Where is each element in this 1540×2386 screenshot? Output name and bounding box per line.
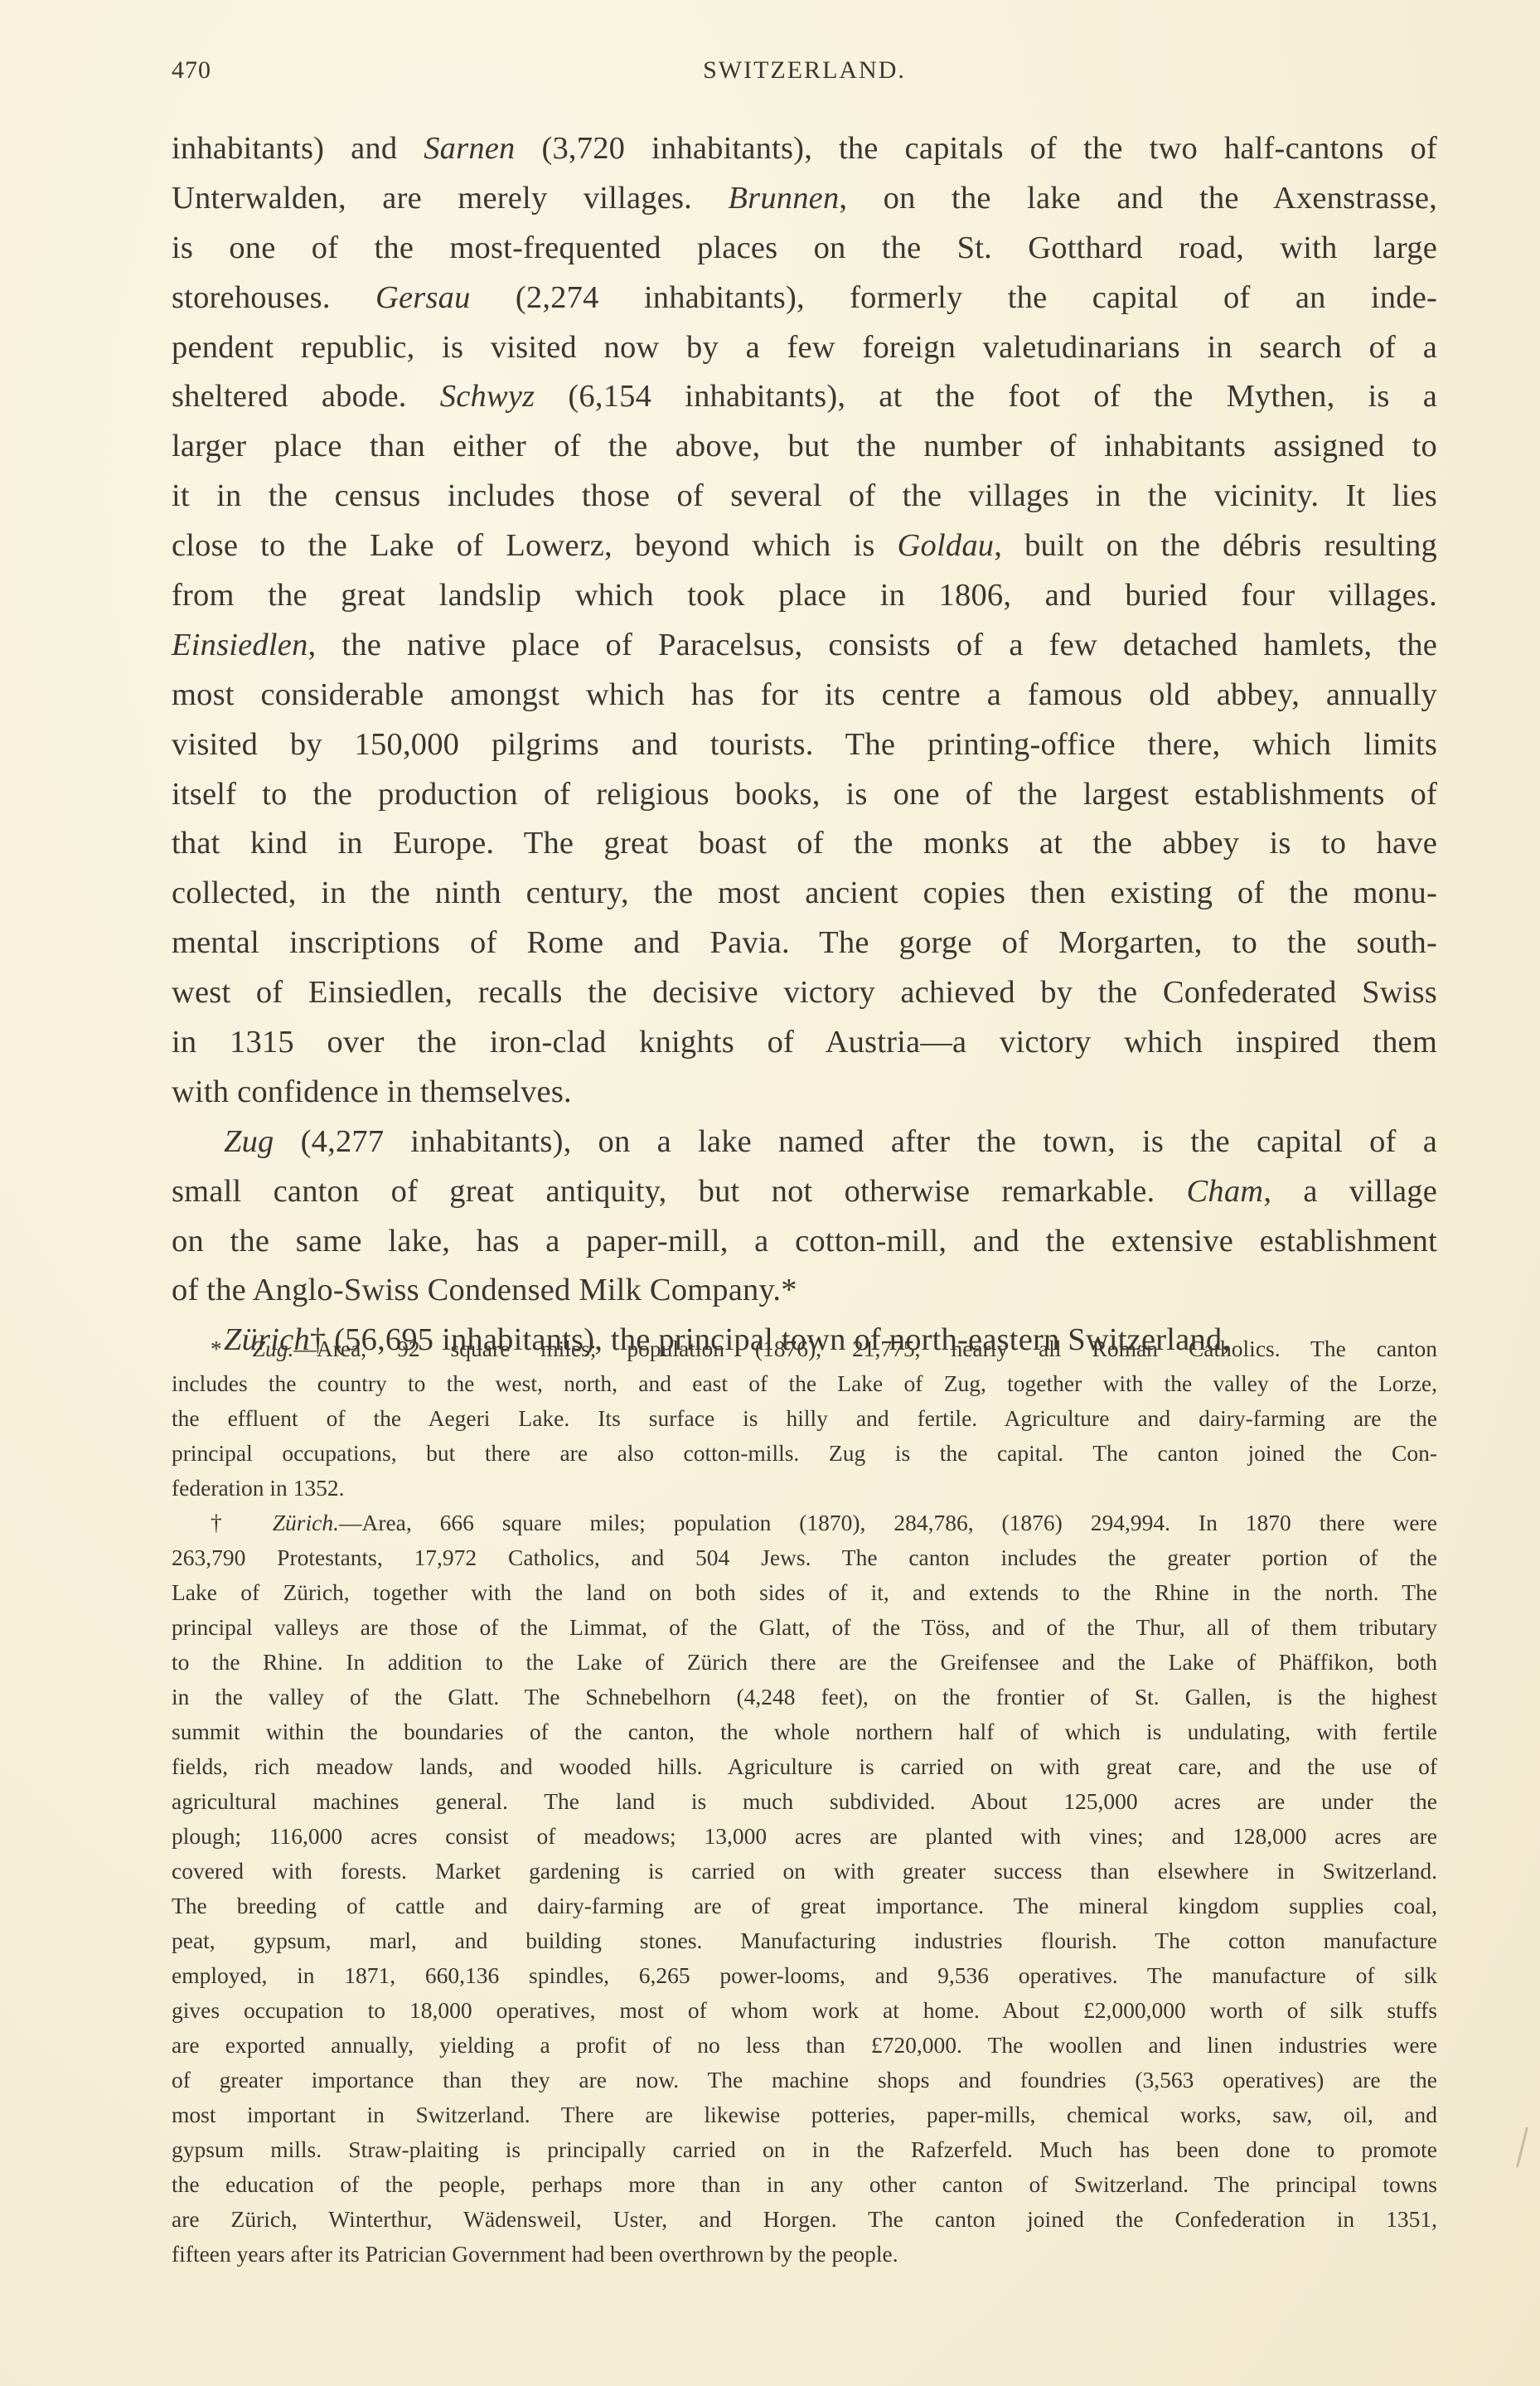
text-run: pendent republic, is visited now by a fe… — [172, 330, 1437, 365]
body-line: from the great landslip which took place… — [172, 571, 1437, 621]
footnote-line: the effluent of the Aegeri Lake. Its sur… — [172, 1401, 1437, 1436]
footnote-line: employed, in 1871, 660,136 spindles, 6,2… — [172, 1958, 1437, 1993]
footnote-line: The breeding of cattle and dairy-farming… — [172, 1889, 1437, 1923]
text-run: most considerable amongst which has for … — [172, 677, 1437, 712]
text-run: fields, rich meadow lands, and wooded hi… — [172, 1753, 1437, 1779]
text-run: sheltered abode. — [172, 379, 440, 414]
footnote-line: federation in 1352. — [172, 1471, 1437, 1506]
body-line: visited by 150,000 pilgrims and tourists… — [172, 720, 1437, 770]
text-run: of greater importance than they are now.… — [172, 2067, 1437, 2093]
footnote-line: in the valley of the Glatt. The Schnebel… — [172, 1680, 1437, 1714]
text-run: inhabitants) and — [172, 131, 424, 166]
text-run: plough; 116,000 acres consist of meadows… — [172, 1823, 1437, 1849]
italic-place-name: Sarnen — [424, 131, 515, 166]
italic-place-name: Einsiedlen — [172, 628, 308, 662]
text-run: Lake of Zürich, together with the land o… — [172, 1579, 1437, 1605]
text-run: † — [211, 1510, 273, 1535]
footnote-line: covered with forests. Market gardening i… — [172, 1854, 1437, 1889]
text-run: covered with forests. Market gardening i… — [172, 1858, 1437, 1884]
italic-place-name: Cham — [1187, 1174, 1264, 1209]
body-line: pendent republic, is visited now by a fe… — [172, 323, 1437, 373]
text-run: larger place than either of the above, b… — [172, 429, 1437, 463]
text-run: , the native place of Paracelsus, consis… — [308, 628, 1437, 662]
body-line: it in the census includes those of sever… — [172, 472, 1437, 521]
text-run: the effluent of the Aegeri Lake. Its sur… — [172, 1405, 1437, 1431]
italic-place-name: Zug — [224, 1124, 274, 1159]
italic-place-name: Goldau — [898, 528, 995, 563]
body-line: storehouses. Gersau (2,274 inhabitants),… — [172, 274, 1437, 323]
text-run: gypsum mills. Straw-plaiting is principa… — [172, 2136, 1437, 2162]
body-line: small canton of great antiquity, but not… — [172, 1167, 1437, 1217]
body-line: Einsiedlen, the native place of Paracels… — [172, 621, 1437, 671]
text-run: (6,154 inhabitants), at the foot of the … — [535, 379, 1437, 414]
footnote-line: are Zürich, Winterthur, Wädensweil, Uste… — [172, 2202, 1437, 2237]
text-run: storehouses. — [172, 280, 375, 315]
text-run: includes the country to the west, north,… — [172, 1370, 1437, 1396]
footnote-line: Lake of Zürich, together with the land o… — [172, 1575, 1437, 1610]
footnote-line: principal valleys are those of the Limma… — [172, 1610, 1437, 1645]
text-run: (2,274 inhabitants), formerly the capita… — [471, 280, 1437, 315]
text-run: summit within the boundaries of the cant… — [172, 1719, 1437, 1744]
italic-place-name: Gersau — [375, 280, 471, 315]
text-run: 263,790 Protestants, 17,972 Catholics, a… — [172, 1545, 1437, 1570]
text-run: of the Anglo-Swiss Condensed Milk Compan… — [172, 1273, 797, 1307]
footnote-line: † Zürich.—Area, 666 square miles; popula… — [172, 1506, 1437, 1540]
text-run: gives occupation to 18,000 operatives, m… — [172, 1997, 1437, 2023]
text-run: —Area, 666 square miles; population (187… — [339, 1510, 1437, 1535]
body-line: that kind in Europe. The great boast of … — [172, 819, 1437, 869]
text-run: peat, gypsum, marl, and building stones.… — [172, 1928, 1437, 1953]
footnote-line: peat, gypsum, marl, and building stones.… — [172, 1923, 1437, 1958]
footnote-line: gypsum mills. Straw-plaiting is principa… — [172, 2132, 1437, 2167]
text-run: The breeding of cattle and dairy-farming… — [172, 1893, 1437, 1918]
footnote-line: fifteen years after its Patrician Govern… — [172, 2237, 1437, 2272]
footnote-line: includes the country to the west, north,… — [172, 1366, 1437, 1401]
text-run: in 1315 over the iron-clad knights of Au… — [172, 1025, 1437, 1060]
body-line: larger place than either of the above, b… — [172, 422, 1437, 472]
italic-place-name: Schwyz — [440, 379, 535, 414]
body-line: sheltered abode. Schwyz (6,154 inhabitan… — [172, 372, 1437, 422]
text-run: in the valley of the Glatt. The Schnebel… — [172, 1684, 1437, 1709]
running-head: 470 SWITZERLAND. — [172, 56, 1437, 90]
footnote-line: gives occupation to 18,000 operatives, m… — [172, 1993, 1437, 2028]
body-line: in 1315 over the iron-clad knights of Au… — [172, 1018, 1437, 1068]
footnote-line: agricultural machines general. The land … — [172, 1784, 1437, 1819]
body-line: mental inscriptions of Rome and Pavia. T… — [172, 919, 1437, 968]
italic-place-name: Brunnen — [728, 181, 839, 216]
text-run: , on the lake and the Axenstrasse, — [839, 181, 1437, 216]
body-line: with confidence in themselves. — [172, 1068, 1437, 1118]
text-run: are Zürich, Winterthur, Wädensweil, Uste… — [172, 2206, 1437, 2232]
body-line: inhabitants) and Sarnen (3,720 inhabitan… — [172, 124, 1437, 174]
text-run: * — [211, 1336, 253, 1361]
text-run: (3,720 inhabitants), the capitals of the… — [516, 131, 1437, 166]
italic-place-name: Zug. — [253, 1336, 294, 1361]
text-run: from the great landslip which took place… — [172, 578, 1437, 613]
footnote-line: most important in Switzerland. There are… — [172, 2097, 1437, 2132]
text-run: , built on the débris resulting — [994, 528, 1437, 563]
footnote-line: plough; 116,000 acres consist of meadows… — [172, 1819, 1437, 1854]
text-run: mental inscriptions of Rome and Pavia. T… — [172, 925, 1437, 960]
footnote-line: summit within the boundaries of the cant… — [172, 1714, 1437, 1749]
text-run: fifteen years after its Patrician Govern… — [172, 2241, 898, 2267]
body-line: collected, in the ninth century, the mos… — [172, 869, 1437, 919]
text-run: it in the census includes those of sever… — [172, 478, 1437, 513]
body-line: is one of the most-frequented places on … — [172, 224, 1437, 274]
text-run: west of Einsiedlen, recalls the decisive… — [172, 975, 1437, 1010]
text-run: , a village — [1263, 1174, 1437, 1209]
footnote-line: fields, rich meadow lands, and wooded hi… — [172, 1749, 1437, 1784]
footnote-line: the education of the people, perhaps mor… — [172, 2167, 1437, 2202]
text-run: principal occupations, but there are als… — [172, 1440, 1437, 1466]
footnote-line: to the Rhine. In addition to the Lake of… — [172, 1645, 1437, 1680]
footnotes: * Zug.—Area, 92 square miles; population… — [172, 1331, 1437, 2272]
footnote-line: of greater importance than they are now.… — [172, 2063, 1437, 2097]
running-title: SWITZERLAND. — [172, 56, 1437, 85]
text-run: is one of the most-frequented places on … — [172, 230, 1437, 265]
body-text: inhabitants) and Sarnen (3,720 inhabitan… — [172, 124, 1437, 1365]
body-line: Zug (4,277 inhabitants), on a lake named… — [172, 1118, 1437, 1167]
italic-place-name: Zürich. — [273, 1510, 339, 1535]
text-run: small canton of great antiquity, but not… — [172, 1174, 1187, 1209]
margin-mark — [1516, 2127, 1528, 2167]
text-run: on the same lake, has a paper-mill, a co… — [172, 1224, 1437, 1258]
text-run: (4,277 inhabitants), on a lake named aft… — [274, 1124, 1437, 1159]
text-run: federation in 1352. — [172, 1475, 344, 1501]
text-run: to the Rhine. In addition to the Lake of… — [172, 1649, 1437, 1675]
body-line: west of Einsiedlen, recalls the decisive… — [172, 968, 1437, 1018]
text-run: employed, in 1871, 660,136 spindles, 6,2… — [172, 1962, 1437, 1988]
text-run: —Area, 92 square miles; population (1876… — [293, 1336, 1437, 1361]
footnote-line: * Zug.—Area, 92 square miles; population… — [172, 1331, 1437, 1366]
text-run: close to the Lake of Lowerz, beyond whic… — [172, 528, 898, 563]
text-run: collected, in the ninth century, the mos… — [172, 875, 1437, 910]
body-line: on the same lake, has a paper-mill, a co… — [172, 1217, 1437, 1267]
body-line: itself to the production of religious bo… — [172, 770, 1437, 820]
text-run: with confidence in themselves. — [172, 1074, 572, 1109]
footnote-line: principal occupations, but there are als… — [172, 1436, 1437, 1471]
text-run: most important in Switzerland. There are… — [172, 2102, 1437, 2127]
text-run: the education of the people, perhaps mor… — [172, 2171, 1437, 2197]
body-line: Unterwalden, are merely villages. Brunne… — [172, 174, 1437, 224]
footnote-line: are exported annually, yielding a profit… — [172, 2028, 1437, 2063]
text-run: itself to the production of religious bo… — [172, 777, 1437, 812]
text-run: agricultural machines general. The land … — [172, 1788, 1437, 1814]
body-line: most considerable amongst which has for … — [172, 671, 1437, 720]
text-run: visited by 150,000 pilgrims and tourists… — [172, 727, 1437, 762]
text-run: principal valleys are those of the Limma… — [172, 1614, 1437, 1640]
body-line: close to the Lake of Lowerz, beyond whic… — [172, 521, 1437, 571]
footnote-line: 263,790 Protestants, 17,972 Catholics, a… — [172, 1540, 1437, 1575]
body-line: of the Anglo-Swiss Condensed Milk Compan… — [172, 1266, 1437, 1316]
text-run: are exported annually, yielding a profit… — [172, 2032, 1437, 2058]
text-run: that kind in Europe. The great boast of … — [172, 826, 1437, 861]
text-run: Unterwalden, are merely villages. — [172, 181, 728, 216]
